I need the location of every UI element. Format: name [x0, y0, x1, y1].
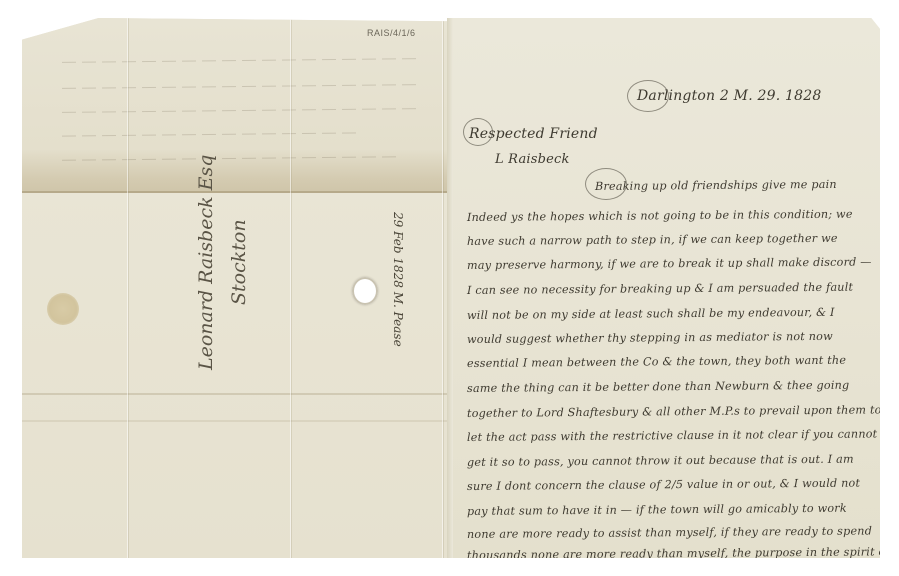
letter-line: I can see no necessity for breaking up &… — [467, 281, 853, 297]
letter-line: will not be on my side at least such sha… — [467, 306, 835, 322]
bleed-through-line — [62, 58, 422, 63]
letter-page: Darlington 2 M. 29. 1828 Respected Frien… — [447, 18, 880, 558]
bleed-through-line — [62, 132, 362, 136]
letter-line: would suggest whether thy stepping in as… — [467, 330, 833, 346]
letter-line: get it so to pass, you cannot throw it o… — [467, 453, 854, 469]
archive-reference: RAIS/4/1/6 — [367, 28, 416, 38]
letter-line: Indeed ys the hopes which is not going t… — [467, 208, 853, 224]
addressee: L Raisbeck — [495, 152, 570, 167]
bleed-through-line — [62, 84, 422, 89]
cover-top-panel — [22, 18, 447, 193]
address-place: Stockton — [228, 219, 250, 305]
address-name: Leonard Raisbeck Esq — [195, 155, 217, 370]
letter-line: none are more ready to assist than mysel… — [467, 524, 872, 541]
bleed-through-line — [62, 108, 422, 113]
fold-crease-vertical — [442, 18, 443, 558]
page-spine — [447, 18, 453, 558]
letter-line: pay that sum to have it in — if the town… — [467, 502, 847, 518]
fold-crease-horizontal — [22, 393, 447, 395]
letter-line: same the thing can it be better done tha… — [467, 379, 849, 395]
dateline: Darlington 2 M. 29. 1828 — [637, 88, 821, 104]
letter-line: sure I dont concern the clause of 2/5 va… — [467, 477, 860, 493]
fold-crease-horizontal — [22, 191, 447, 193]
fold-crease-vertical — [127, 18, 128, 558]
letter-line: thousands none are more ready than mysel… — [467, 545, 890, 562]
letter-line: together to Lord Shaftesbury & all other… — [467, 403, 882, 420]
letter-line: let the act pass with the restrictive cl… — [467, 427, 877, 444]
letter-line: essential I mean between the Co & the to… — [467, 354, 846, 370]
fold-crease-horizontal — [22, 420, 447, 422]
letter-scan: RAIS/4/1/6 Leonard Raisbeck Esq Stockton… — [0, 0, 899, 576]
letter-line: Breaking up old friendships give me pain — [595, 178, 837, 193]
wax-stain — [47, 293, 79, 325]
salutation: Respected Friend — [469, 126, 598, 142]
bleed-through-line — [62, 156, 402, 161]
fold-crease-vertical — [290, 18, 291, 558]
letter-line: may preserve harmony, if we are to break… — [467, 255, 872, 272]
seal-hole — [352, 277, 378, 305]
docket-note: 29 Feb 1828 M. Pease — [391, 212, 405, 347]
letter-line: have such a narrow path to step in, if w… — [467, 232, 838, 248]
